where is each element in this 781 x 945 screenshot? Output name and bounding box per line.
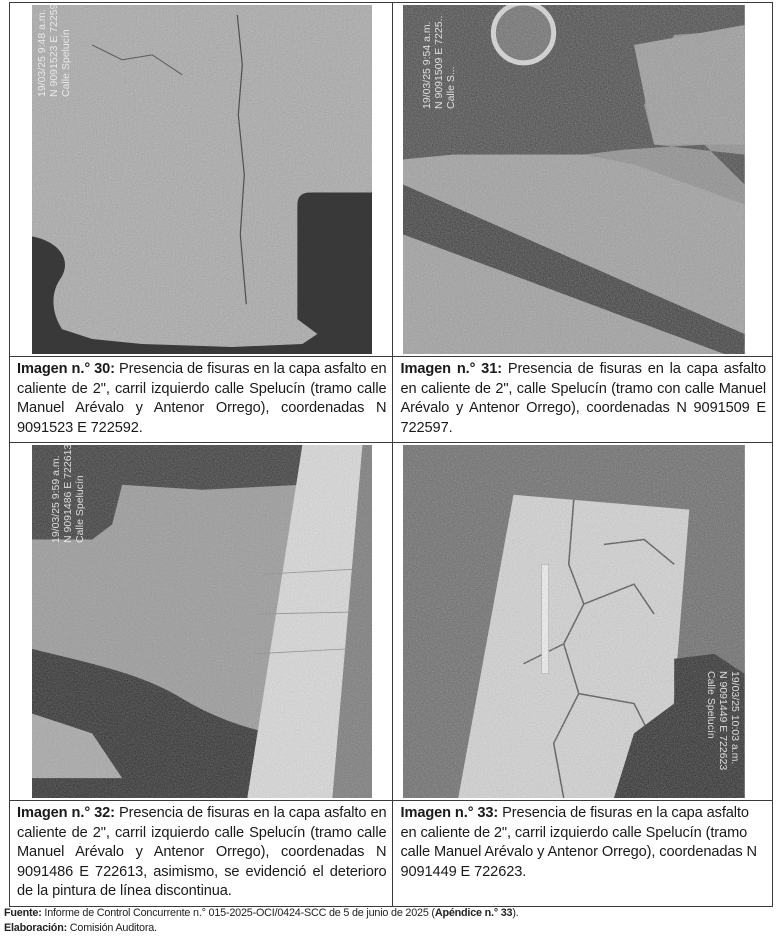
figure-source-note: Fuente: Informe de Control Concurrente n… — [4, 906, 519, 936]
caption-cell-32: Imagen n.° 32: Presencia de fisuras en l… — [10, 801, 393, 907]
prepared-by-line: Elaboración: Comisión Auditora. — [4, 921, 519, 936]
photo-timestamp: 19/03/25 10:03 a.m.N 9091449 E 722623Cal… — [705, 671, 741, 770]
caption-cell-33: Imagen n.° 33: Presencia de fisuras en l… — [393, 801, 773, 907]
photo-timestamp: 19/03/25 9:59 a.m.N 9091486 E 722613Call… — [50, 445, 86, 543]
photo-30: 19/03/25 9:48 a.m.N 9091523 E 722592Call… — [32, 5, 372, 354]
caption-33: Imagen n.° 33: Presencia de fisuras en l… — [393, 801, 772, 906]
source-line: Fuente: Informe de Control Concurrente n… — [4, 906, 519, 921]
photo-cell-30: 19/03/25 9:48 a.m.N 9091523 E 722592Call… — [10, 3, 393, 357]
photo-31: 19/03/25 9:54 a.m.N 9091509 E 7225..Call… — [403, 5, 745, 354]
photo-timestamp: 19/03/25 9:48 a.m.N 9091523 E 722592Call… — [36, 5, 72, 97]
photo-cell-31: 19/03/25 9:54 a.m.N 9091509 E 7225..Call… — [393, 3, 773, 357]
caption-cell-31: Imagen n.° 31: Presencia de fisuras en l… — [393, 357, 773, 443]
photo-cell-32: 19/03/25 9:59 a.m.N 9091486 E 722613Call… — [10, 443, 393, 801]
caption-cell-30: Imagen n.° 30: Presencia de fisuras en l… — [10, 357, 393, 443]
caption-30: Imagen n.° 30: Presencia de fisuras en l… — [10, 357, 392, 442]
photo-evidence-table: 19/03/25 9:48 a.m.N 9091523 E 722592Call… — [9, 2, 773, 907]
photo-timestamp: 19/03/25 9:54 a.m.N 9091509 E 7225..Call… — [421, 16, 457, 109]
caption-32: Imagen n.° 32: Presencia de fisuras en l… — [10, 801, 392, 906]
photo-32: 19/03/25 9:59 a.m.N 9091486 E 722613Call… — [32, 445, 372, 798]
photo-cell-33: 19/03/25 10:03 a.m.N 9091449 E 722623Cal… — [393, 443, 773, 801]
caption-31: Imagen n.° 31: Presencia de fisuras en l… — [393, 357, 772, 442]
photo-33: 19/03/25 10:03 a.m.N 9091449 E 722623Cal… — [403, 445, 745, 798]
